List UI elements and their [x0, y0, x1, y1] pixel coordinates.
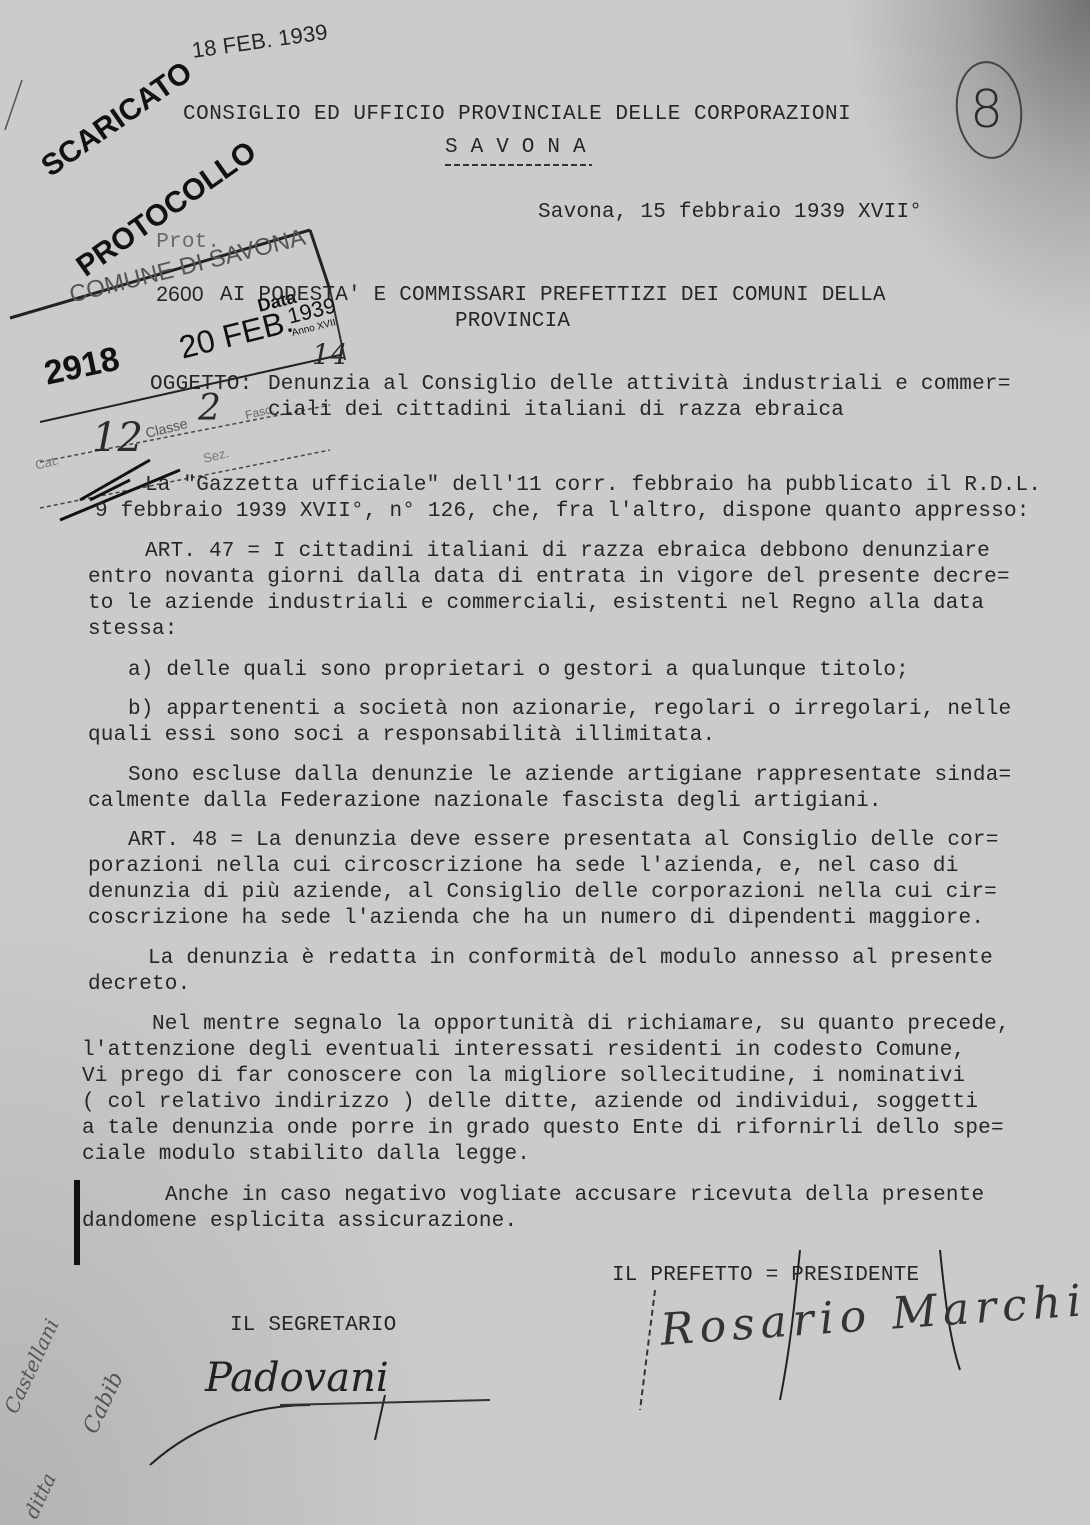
art48-line4: coscrizione ha sede l'azienda che ha un … [88, 906, 984, 932]
request-line6: ciale modulo stabilito dalla legge. [82, 1142, 530, 1168]
subject-label: OGGETTO: [150, 372, 252, 398]
request-line4: ( col relativo indirizzo ) delle ditte, … [82, 1090, 978, 1116]
art48-line3: denunzia di più aziende, al Consiglio de… [88, 880, 997, 906]
scanned-document-page: 18 FEB. 1939 8 CONSIGLIO ED UFFICIO PROV… [0, 0, 1090, 1525]
subject-line2: ciali dei cittadini italiani di razza eb… [268, 398, 844, 424]
addressee-line1: AI PODESTA' E COMMISSARI PREFETTIZI DEI … [220, 283, 886, 309]
intro-line1: La "Gazzetta ufficiale" dell'11 corr. fe… [145, 473, 1041, 499]
excluded-line2: calmente dalla Federazione nazionale fas… [88, 789, 882, 815]
excluded-line1: Sono escluse dalla denunzie le aziende a… [128, 763, 1011, 789]
request-line5: a tale denunzia onde porre in grado ques… [82, 1116, 1004, 1142]
art48-line1: ART. 48 = La denunzia deve essere presen… [128, 828, 999, 854]
city-heading: S A V O N A [445, 135, 586, 161]
subject-line1: Denunzia al Consiglio delle attività ind… [268, 372, 1011, 398]
art47-line3: to le aziende industriali e commerciali,… [88, 591, 984, 617]
closing-line2: dandomene esplicita assicurazione. [82, 1209, 517, 1235]
request-line1: Nel mentre segnalo la opportunità di ric… [152, 1012, 1010, 1038]
institution-heading: CONSIGLIO ED UFFICIO PROVINCIALE DELLE C… [183, 102, 851, 128]
form-line1: La denunzia è redatta in conformità del … [148, 946, 993, 972]
prefect-title: IL PREFETTO = PRESIDENTE [612, 1263, 919, 1289]
item-b-line1: b) appartenenti a società non azionarie,… [128, 697, 1011, 723]
art47-line4: stessa: [88, 617, 178, 643]
item-b-line2: quali essi sono soci a responsabilità il… [88, 723, 715, 749]
intro-line2: 9 febbraio 1939 XVII°, n° 126, che, fra … [95, 499, 1030, 525]
art48-line2: porazioni nella cui circoscrizione ha se… [88, 854, 959, 880]
secretary-signature: Padovani [205, 1355, 389, 1401]
art47-line1: ART. 47 = I cittadini italiani di razza … [145, 539, 990, 565]
item-a: a) delle quali sono proprietari o gestor… [128, 658, 909, 684]
addressee-line2: PROVINCIA [455, 309, 570, 335]
secretary-title: IL SEGRETARIO [230, 1313, 396, 1339]
handwritten-12: 12 [92, 415, 143, 461]
art47-line2: entro novanta giorni dalla data di entra… [88, 565, 1010, 591]
request-line3: Vi prego di far conoscere con la miglior… [82, 1064, 965, 1090]
handwritten-14: 14 [312, 338, 348, 371]
date-line: Savona, 15 febbraio 1939 XVII° [538, 200, 922, 226]
page-number-circled: 8 [970, 80, 1003, 140]
closing-line1: Anche in caso negativo vogliate accusare… [165, 1183, 984, 1209]
form-line2: decreto. [88, 972, 190, 998]
request-line2: l'attenzione degli eventuali interessati… [82, 1038, 965, 1064]
